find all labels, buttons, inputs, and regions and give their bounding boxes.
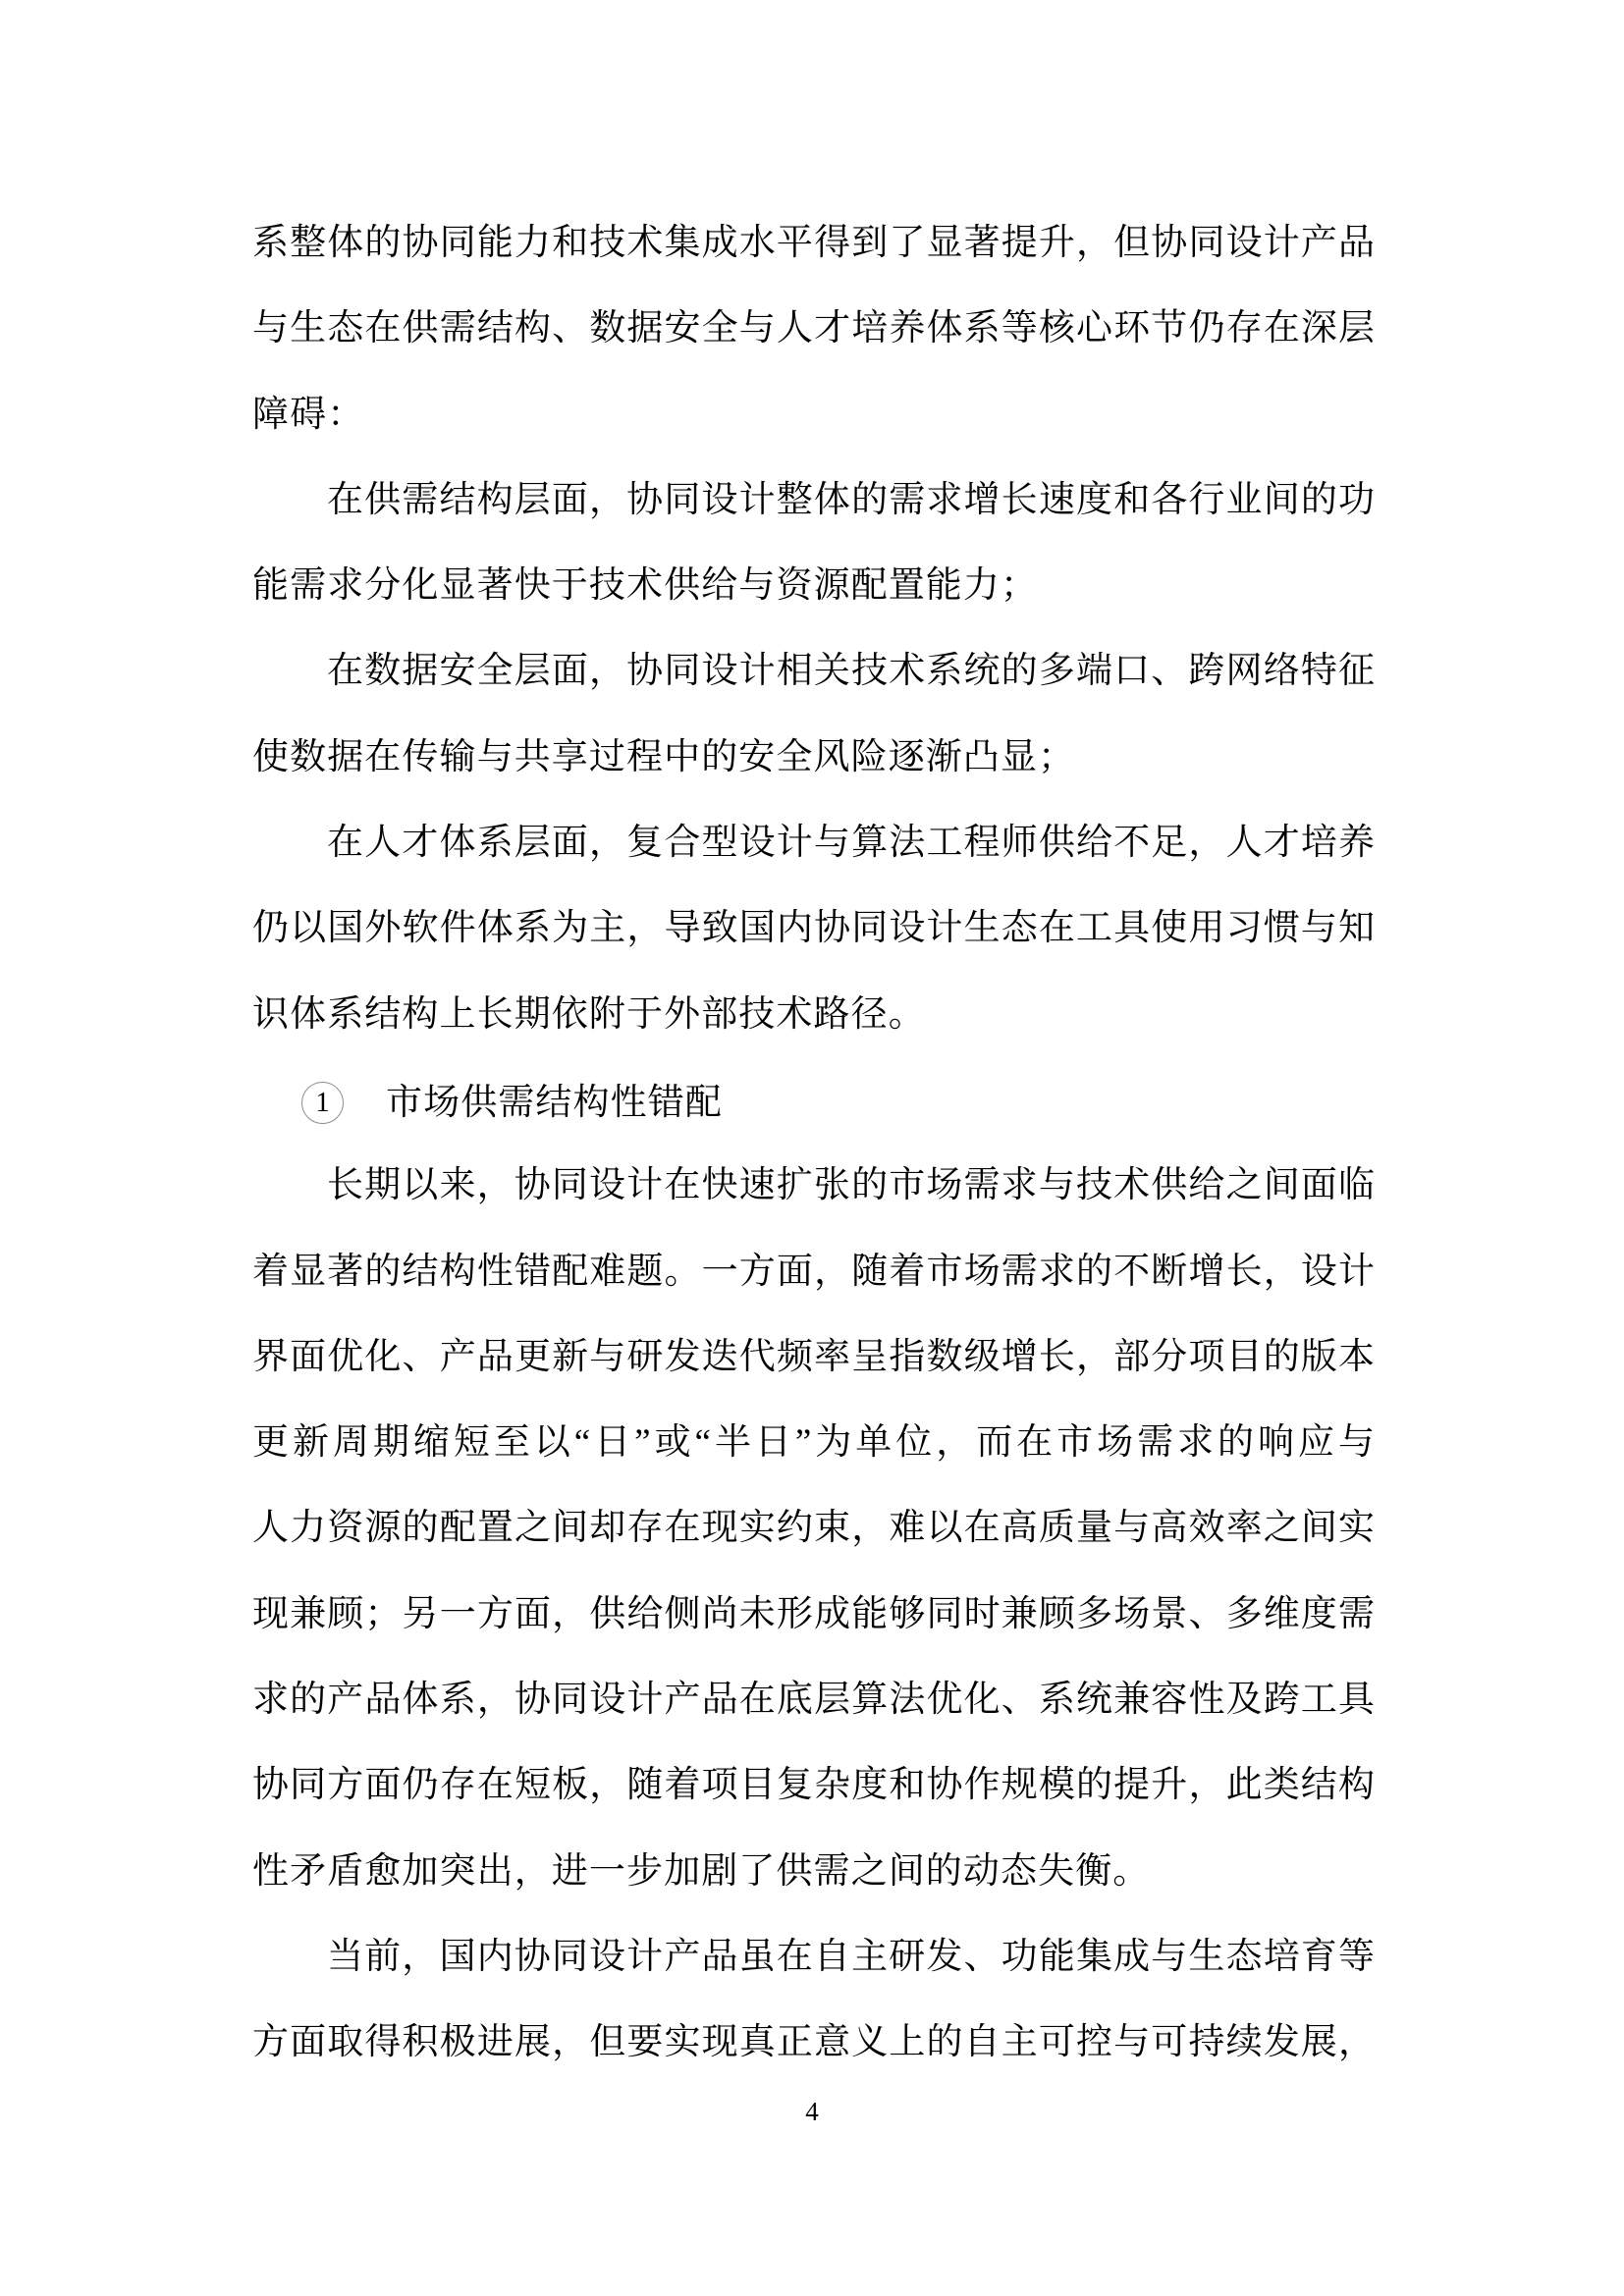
text-line: 求的产品体系，协同设计产品在底层算法优化、系统兼容性及跨工具 (252, 1657, 1375, 1742)
text-line: 系整体的协同能力和技术集成水平得到了显著提升，但协同设计产品 (252, 200, 1375, 286)
text-line: 性矛盾愈加突出，进一步加剧了供需之间的动态失衡。 (252, 1829, 1375, 1914)
text-line: 现兼顾；另一方面，供给侧尚未形成能够同时兼顾多场景、多维度需 (252, 1572, 1375, 1657)
text-line: 仍以国外软件体系为主，导致国内协同设计生态在工具使用习惯与知 (252, 885, 1375, 971)
page-number: 4 (0, 2097, 1624, 2127)
text-line: 识体系结构上长期依附于外部技术路径。 (252, 972, 1375, 1057)
circled-number-icon: 1 (301, 1082, 344, 1124)
circled-number-value: 1 (315, 1087, 330, 1118)
text-line: 使数据在传输与共享过程中的安全风险逐渐凸显； (252, 715, 1375, 800)
text-line: 能需求分化显著快于技术供给与资源配置能力； (252, 543, 1375, 628)
text-line: 更新周期缩短至以“日”或“半日”为单位，而在市场需求的响应与 (252, 1400, 1375, 1485)
text-line: 当前，国内协同设计产品虽在自主研发、功能集成与生态培育等 (252, 1914, 1375, 2000)
section-heading: 1市场供需结构性错配 (252, 1057, 1375, 1143)
text-line: 在人才体系层面，复合型设计与算法工程师供给不足，人才培养 (252, 800, 1375, 885)
text-line: 着显著的结构性错配难题。一方面，随着市场需求的不断增长，设计 (252, 1229, 1375, 1314)
text-line: 与生态在供需结构、数据安全与人才培养体系等核心环节仍存在深层 (252, 286, 1375, 371)
text-line: 人力资源的配置之间却存在现实约束，难以在高质量与高效率之间实 (252, 1485, 1375, 1571)
text-line: 障碍： (252, 372, 1375, 457)
section-heading-label: 市场供需结构性错配 (386, 1083, 723, 1123)
text-line: 方面取得积极进展，但要实现真正意义上的自主可控与可持续发展， (252, 2000, 1375, 2085)
text-line: 界面优化、产品更新与研发迭代频率呈指数级增长，部分项目的版本 (252, 1314, 1375, 1400)
document-body: 系整体的协同能力和技术集成水平得到了显著提升，但协同设计产品 与生态在供需结构、… (252, 200, 1375, 2086)
text-line: 在数据安全层面，协同设计相关技术系统的多端口、跨网络特征 (252, 628, 1375, 714)
text-line: 长期以来，协同设计在快速扩张的市场需求与技术供给之间面临 (252, 1143, 1375, 1228)
text-line: 在供需结构层面，协同设计整体的需求增长速度和各行业间的功 (252, 457, 1375, 543)
text-line: 协同方面仍存在短板，随着项目复杂度和协作规模的提升，此类结构 (252, 1742, 1375, 1828)
document-page: 系整体的协同能力和技术集成水平得到了显著提升，但协同设计产品 与生态在供需结构、… (0, 0, 1624, 2296)
